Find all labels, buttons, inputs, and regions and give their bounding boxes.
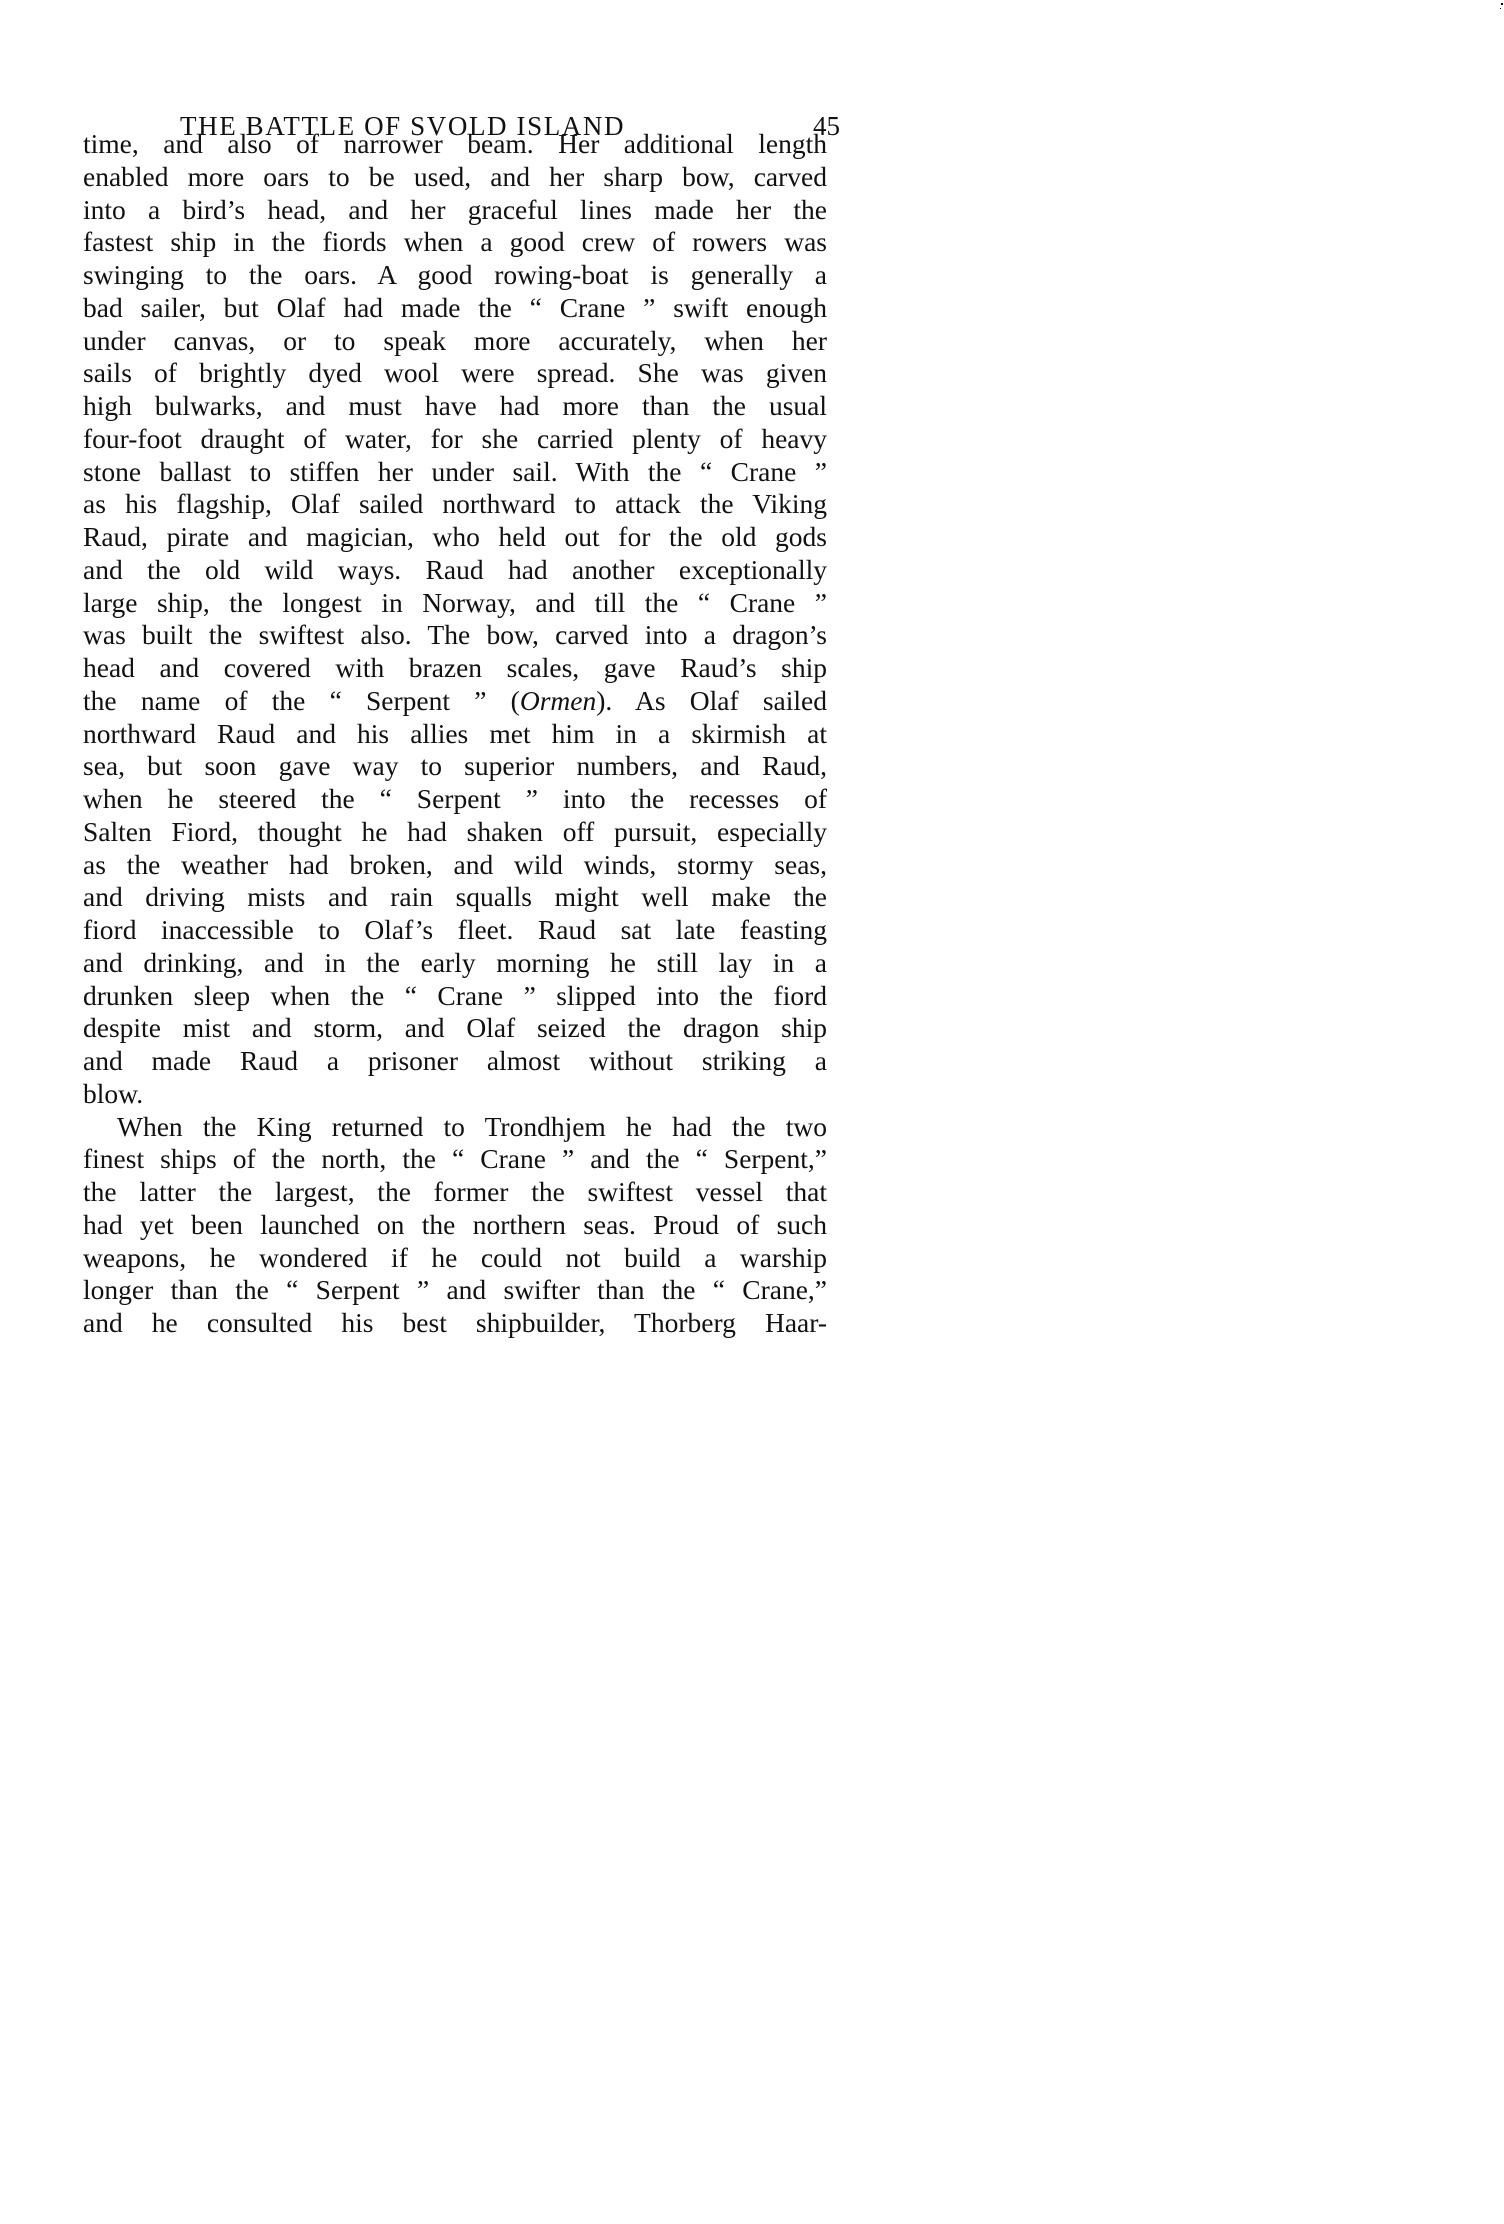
text-line: when he steered the “ Serpent ” into the… [83, 783, 827, 816]
text-line: as the weather had broken, and wild wind… [83, 849, 827, 882]
text-line: enabled more oars to be used, and her sh… [83, 161, 827, 194]
text-line: sea, but soon gave way to superior numbe… [83, 750, 827, 783]
text-line: blow. [83, 1078, 827, 1111]
text-line: into a bird’s head, and her graceful lin… [83, 194, 827, 227]
text-line: and the old wild ways. Raud had another … [83, 554, 827, 587]
text-line: longer than the “ Serpent ” and swifter … [83, 1274, 827, 1307]
text-line: and made Raud a prisoner almost without … [83, 1045, 827, 1078]
text-line: and he consulted his best shipbuilder, T… [83, 1307, 827, 1340]
text-line: bad sailer, but Olaf had made the “ Cran… [83, 292, 827, 325]
text-line: and drinking, and in the early morning h… [83, 947, 827, 980]
text-line: finest ships of the north, the “ Crane ”… [83, 1143, 827, 1176]
text-line: despite mist and storm, and Olaf seized … [83, 1012, 827, 1045]
text-line: time, and also of narrower beam. Her add… [83, 128, 827, 161]
text-line: sails of brightly dyed wool were spread.… [83, 357, 827, 390]
text-line: head and covered with brazen scales, gav… [83, 652, 827, 685]
text-line: fastest ship in the fiords when a good c… [83, 226, 827, 259]
text-line: under canvas, or to speak more accuratel… [83, 325, 827, 358]
text-line-paragraph-start: When the King returned to Trondhjem he h… [83, 1111, 827, 1144]
text-line: four-foot draught of water, for she carr… [83, 423, 827, 456]
text-line: drunken sleep when the “ Crane ” slipped… [83, 980, 827, 1013]
text-line: as his flagship, Olaf sailed northward t… [83, 488, 827, 521]
scan-artifact [1500, 8, 1501, 9]
text-line: stone ballast to stiffen her under sail.… [83, 456, 827, 489]
text-line: Salten Fiord, thought he had shaken off … [83, 816, 827, 849]
text-line-with-italic: the name of the “ Serpent ” (Ormen). As … [83, 685, 827, 718]
text-line: fiord inaccessible to Olaf’s fleet. Raud… [83, 914, 827, 947]
scan-artifact [1501, 3, 1503, 5]
body-text: time, and also of narrower beam. Her add… [83, 128, 827, 1340]
text-line: and driving mists and rain squalls might… [83, 881, 827, 914]
text-line: was built the swiftest also. The bow, ca… [83, 619, 827, 652]
book-page: THE BATTLE OF SVOLD ISLAND 45 time, and … [0, 0, 1504, 2224]
text-line: had yet been launched on the northern se… [83, 1209, 827, 1242]
text-line: the latter the largest, the former the s… [83, 1176, 827, 1209]
text-line: high bulwarks, and must have had more th… [83, 390, 827, 423]
text-line: large ship, the longest in Norway, and t… [83, 587, 827, 620]
italic-term: Ormen [520, 685, 596, 716]
text-line: Raud, pirate and magician, who held out … [83, 521, 827, 554]
text-line: swinging to the oars. A good rowing-boat… [83, 259, 827, 292]
text-line: northward Raud and his allies met him in… [83, 718, 827, 751]
text-line: weapons, he wondered if he could not bui… [83, 1242, 827, 1275]
